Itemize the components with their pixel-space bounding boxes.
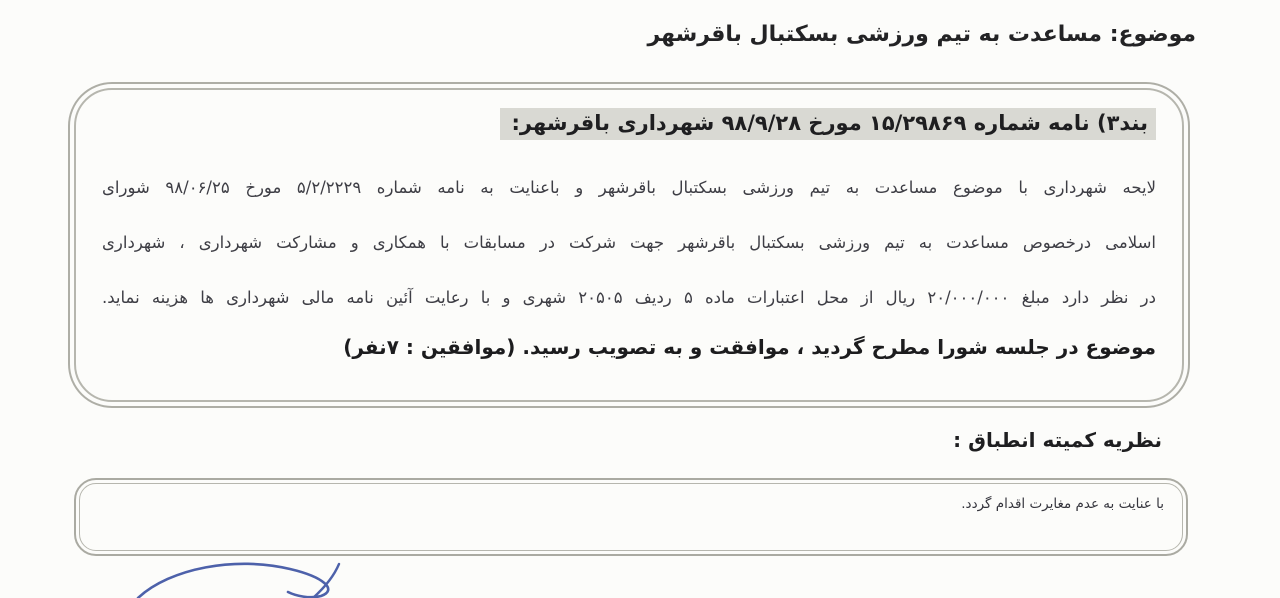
signature-stroke-loop — [138, 564, 328, 598]
scanned-document-page: موضوع: مساعدت به تیم ورزشی بسکتبال باقرش… — [0, 0, 1280, 598]
signature-ink — [108, 550, 488, 598]
subject-line: موضوع: مساعدت به تیم ورزشی بسکتبال باقرش… — [647, 22, 1196, 47]
compliance-box: با عنایت به عدم مغایرت اقدام گردد. — [74, 478, 1188, 556]
clause-body-paragraph: لایحه شهرداری با موضوع مساعدت به تیم ورز… — [102, 160, 1156, 325]
compliance-box-inner: با عنایت به عدم مغایرت اقدام گردد. — [79, 483, 1183, 551]
clause-box-inner: بند۳) نامه شماره ۱۵/۲۹۸۶۹ مورخ ۹۸/۹/۲۸ ش… — [74, 88, 1184, 402]
resolution-line: موضوع در جلسه شورا مطرح گردید ، موافقت و… — [102, 327, 1156, 367]
body-line-1: لایحه شهرداری با موضوع مساعدت به تیم ورز… — [102, 160, 1156, 215]
compliance-committee-heading: نظریه کمیته انطباق : — [953, 428, 1162, 452]
body-line-2: اسلامی درخصوص مساعدت به تیم ورزشی بسکتبا… — [102, 215, 1156, 270]
compliance-note-text: با عنایت به عدم مغایرت اقدام گردد. — [80, 496, 1164, 512]
clause-box: بند۳) نامه شماره ۱۵/۲۹۸۶۹ مورخ ۹۸/۹/۲۸ ش… — [68, 82, 1190, 408]
clause-header-highlight: بند۳) نامه شماره ۱۵/۲۹۸۶۹ مورخ ۹۸/۹/۲۸ ش… — [500, 108, 1157, 140]
clause-header: بند۳) نامه شماره ۱۵/۲۹۸۶۹ مورخ ۹۸/۹/۲۸ ش… — [102, 104, 1156, 142]
body-line-3: در نظر دارد مبلغ ۲۰/۰۰۰/۰۰۰ ریال از محل … — [102, 270, 1156, 325]
